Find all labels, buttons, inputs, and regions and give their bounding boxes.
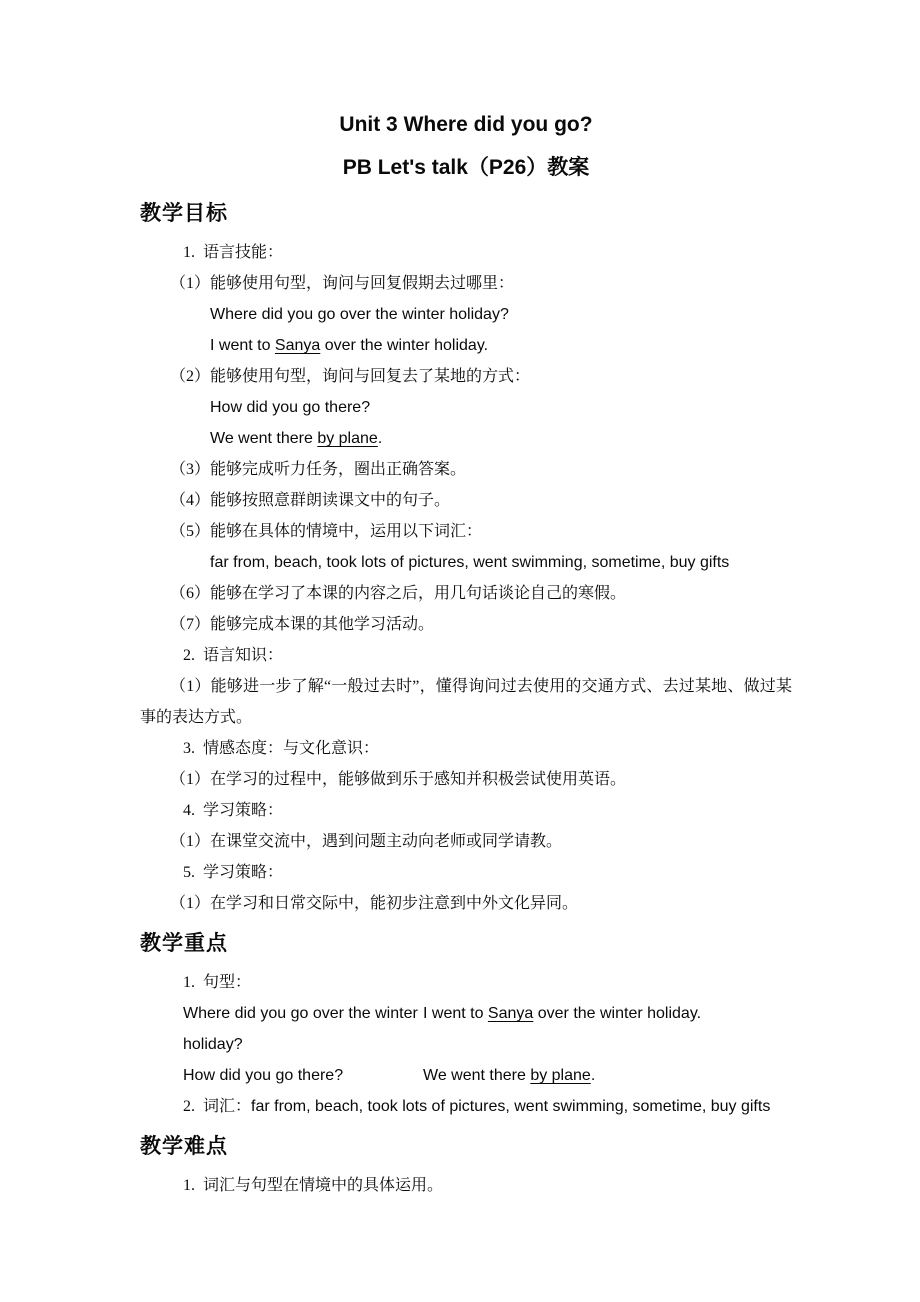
difficulty-item-1: 1. 词汇与句型在情境中的具体运用。 bbox=[140, 1170, 792, 1201]
objective-skill-1-intro: （1）能够使用句型，询问与回复假期去过哪里： bbox=[140, 268, 792, 299]
answer-text-pre: I went to bbox=[210, 337, 275, 354]
section-heading-key-points: 教学重点 bbox=[140, 928, 792, 958]
example-question-where: Where did you go over the winter holiday… bbox=[140, 299, 792, 330]
objective-category-language-knowledge: 2. 语言知识： bbox=[140, 640, 792, 671]
objective-skill-2-intro: （2）能够使用句型，询问与回复去了某地的方式： bbox=[140, 361, 792, 392]
objective-category-learning-strategy-5: 5. 学习策略： bbox=[140, 857, 792, 888]
objective-category-learning-strategy-4: 4. 学习策略： bbox=[140, 795, 792, 826]
example-answer-went-sanya: I went to Sanya over the winter holiday. bbox=[140, 330, 792, 361]
document-page: Unit 3 Where did you go? PB Let's talk（P… bbox=[0, 0, 920, 1302]
objective-category-language-skills: 1. 语言技能： bbox=[140, 237, 792, 268]
key-point-patterns-label: 1. 句型： bbox=[140, 967, 792, 998]
key-pattern-answer-sanya: I went to Sanya over the winter holiday. bbox=[423, 998, 792, 1060]
objective-skill-7: （7）能够完成本课的其他学习活动。 bbox=[140, 609, 792, 640]
objective-strategy-4-1: （1）在课堂交流中，遇到问题主动向老师或同学请教。 bbox=[140, 826, 792, 857]
key-point-vocabulary: 2. 词汇：far from, beach, took lots of pict… bbox=[140, 1091, 792, 1122]
underlined-word-sanya: Sanya bbox=[488, 1005, 533, 1022]
answer-text-post: over the winter holiday. bbox=[533, 1005, 701, 1022]
key-pattern-question-where: Where did you go over the winter holiday… bbox=[183, 998, 423, 1060]
answer-text-post: . bbox=[591, 1067, 595, 1084]
answer-text-pre: We went there bbox=[423, 1067, 530, 1084]
answer-text-post: . bbox=[378, 430, 382, 447]
key-pattern-row-2: How did you go there? We went there by p… bbox=[140, 1060, 792, 1091]
objective-skill-4: （4）能够按照意群朗读课文中的句子。 bbox=[140, 485, 792, 516]
objective-skill-6: （6）能够在学习了本课的内容之后，用几句话谈论自己的寒假。 bbox=[140, 578, 792, 609]
underlined-word-by-plane: by plane bbox=[317, 430, 378, 447]
key-vocab-label: 2. 词汇： bbox=[183, 1098, 251, 1115]
objective-category-affect-culture: 3. 情感态度：与文化意识： bbox=[140, 733, 792, 764]
objective-skill-3: （3）能够完成听力任务，圈出正确答案。 bbox=[140, 454, 792, 485]
section-heading-difficulties: 教学难点 bbox=[140, 1131, 792, 1161]
key-vocab-words: far from, beach, took lots of pictures, … bbox=[251, 1098, 770, 1115]
objective-knowledge-1: （1）能够进一步了解“一般过去时”，懂得询问过去使用的交通方式、去过某地、做过某… bbox=[140, 671, 792, 733]
key-pattern-row-1: Where did you go over the winter holiday… bbox=[140, 998, 792, 1060]
example-answer-by-plane: We went there by plane. bbox=[140, 423, 792, 454]
vocabulary-word-list: far from, beach, took lots of pictures, … bbox=[140, 547, 792, 578]
example-question-how: How did you go there? bbox=[140, 392, 792, 423]
key-pattern-question-how: How did you go there? bbox=[183, 1060, 423, 1091]
answer-text-pre: We went there bbox=[210, 430, 317, 447]
objective-affect-1: （1）在学习的过程中，能够做到乐于感知并积极尝试使用英语。 bbox=[140, 764, 792, 795]
objective-skill-5-intro: （5）能够在具体的情境中，运用以下词汇： bbox=[140, 516, 792, 547]
underlined-word-by-plane: by plane bbox=[530, 1067, 591, 1084]
document-subtitle: PB Let's talk（P26）教案 bbox=[140, 146, 792, 189]
key-pattern-answer-by-plane: We went there by plane. bbox=[423, 1060, 792, 1091]
section-heading-objectives: 教学目标 bbox=[140, 198, 792, 228]
document-title-block: Unit 3 Where did you go? PB Let's talk（P… bbox=[140, 103, 792, 189]
document-title: Unit 3 Where did you go? bbox=[140, 103, 792, 146]
underlined-word-sanya: Sanya bbox=[275, 337, 320, 354]
answer-text-pre: I went to bbox=[423, 1005, 488, 1022]
answer-text-post: over the winter holiday. bbox=[320, 337, 488, 354]
objective-strategy-5-1: （1）在学习和日常交际中，能初步注意到中外文化异同。 bbox=[140, 888, 792, 919]
